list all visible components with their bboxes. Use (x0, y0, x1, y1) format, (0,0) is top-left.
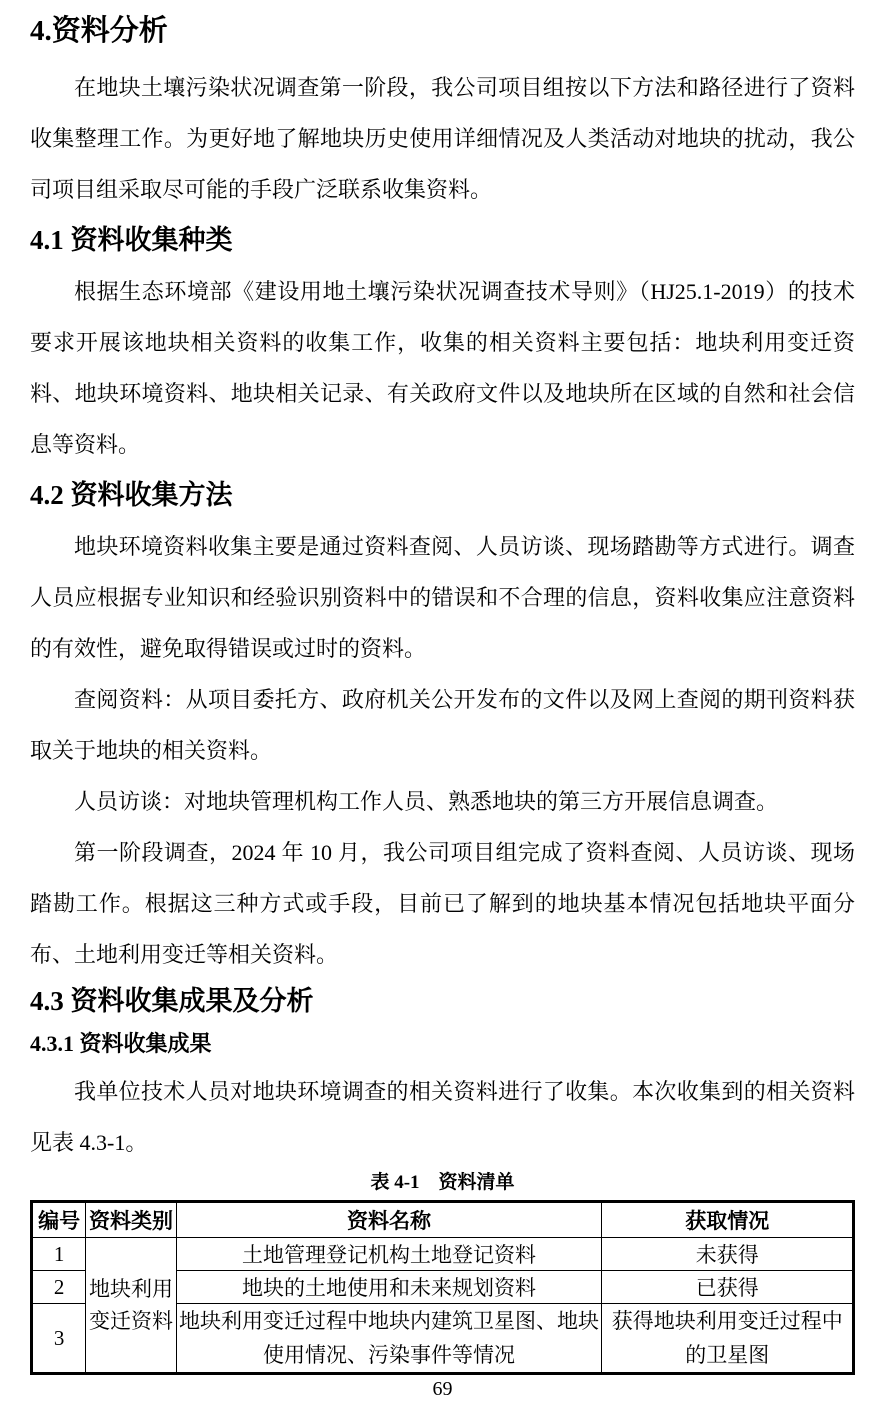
cell-row-number: 3 (32, 1304, 86, 1374)
chapter-intro-paragraph: 在地块土壤污染状况调查第一阶段，我公司项目组按以下方法和路径进行了资料收集整理工… (30, 62, 855, 215)
cell-material-name: 土地管理登记机构土地登记资料 (176, 1238, 602, 1271)
cell-status: 已获得 (602, 1271, 854, 1304)
table-row: 1 地块利用变迁资料 土地管理登记机构土地登记资料 未获得 (32, 1238, 854, 1271)
cell-material-name: 地块的土地使用和未来规划资料 (176, 1271, 602, 1304)
header-cell-name: 资料名称 (176, 1202, 602, 1238)
section-heading-4-1: 4.1 资料收集种类 (30, 215, 855, 266)
table-caption: 表 4-1 资料清单 (30, 1170, 855, 1196)
cell-material-name: 地块利用变迁过程中地块内建筑卫星图、地块使用情况、污染事件等情况 (176, 1304, 602, 1374)
chapter-title: 4.资料分析 (30, 12, 855, 50)
section-heading-4-3: 4.3 资料收集成果及分析 (30, 980, 855, 1022)
cell-row-number: 2 (32, 1271, 86, 1304)
header-cell-number: 编号 (32, 1202, 86, 1238)
section-4-2-paragraph-phase1: 第一阶段调查，2024 年 10 月，我公司项目组完成了资料查阅、人员访谈、现场… (30, 827, 855, 980)
section-4-1-paragraph: 根据生态环境部《建设用地土壤污染状况调查技术导则》（HJ25.1-2019）的技… (30, 266, 855, 470)
header-cell-status: 获取情况 (602, 1202, 854, 1238)
cell-status: 未获得 (602, 1238, 854, 1271)
section-4-2-paragraph-methods: 地块环境资料收集主要是通过资料查阅、人员访谈、现场踏勘等方式进行。调查人员应根据… (30, 521, 855, 674)
section-4-2-paragraph-interview: 人员访谈：对地块管理机构工作人员、熟悉地块的第三方开展信息调查。 (30, 776, 855, 827)
section-4-3-1-paragraph: 我单位技术人员对地块环境调查的相关资料进行了收集。本次收集到的相关资料见表 4.… (30, 1066, 855, 1168)
table-header-row: 编号 资料类别 资料名称 获取情况 (32, 1202, 854, 1238)
header-cell-category: 资料类别 (86, 1202, 176, 1238)
section-heading-4-2: 4.2 资料收集方法 (30, 470, 855, 521)
cell-row-number: 1 (32, 1238, 86, 1271)
cell-status: 获得地块利用变迁过程中的卫星图 (602, 1304, 854, 1374)
cell-category-merged: 地块利用变迁资料 (86, 1238, 176, 1374)
data-inventory-table: 编号 资料类别 资料名称 获取情况 1 地块利用变迁资料 土地管理登记机构土地登… (30, 1200, 855, 1375)
page-number: 69 (30, 1377, 855, 1401)
subsection-heading-4-3-1: 4.3.1 资料收集成果 (30, 1022, 855, 1066)
section-4-2-paragraph-review: 查阅资料：从项目委托方、政府机关公开发布的文件以及网上查阅的期刊资料获取关于地块… (30, 674, 855, 776)
